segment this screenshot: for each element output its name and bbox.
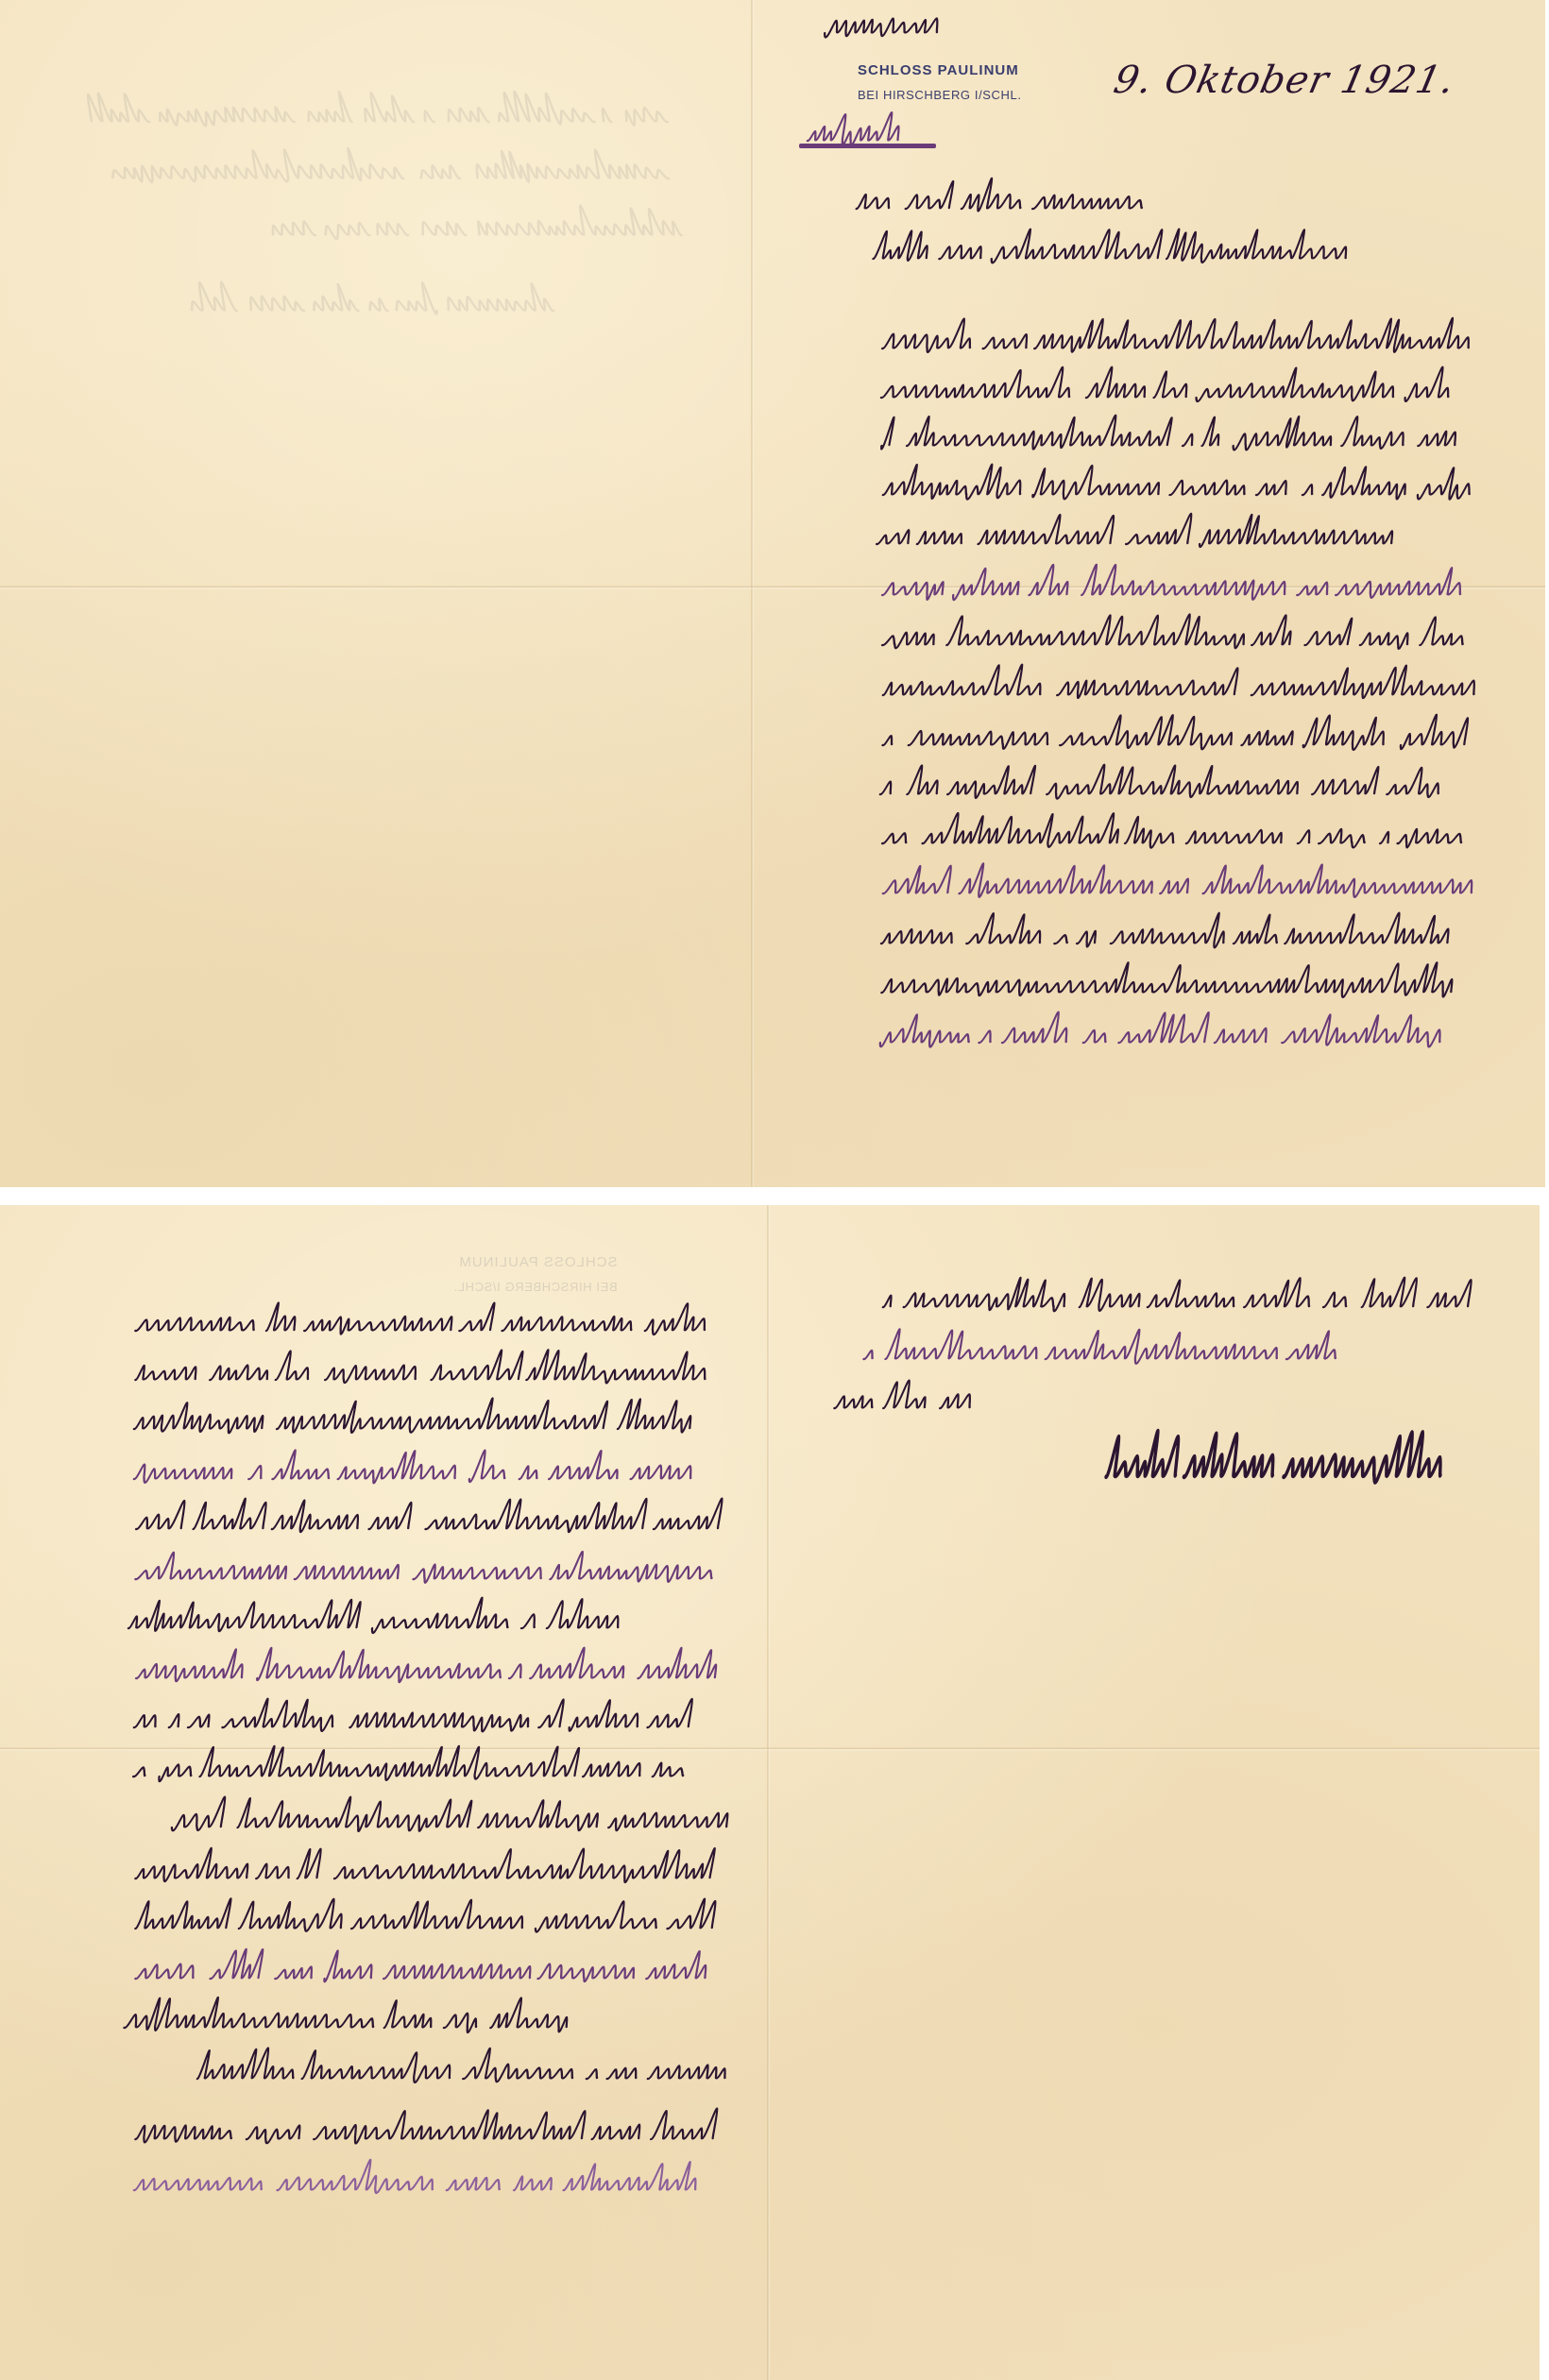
handwritten-line (831, 866, 1530, 909)
handwritten-annotation (814, 6, 956, 49)
annotation-underline (799, 144, 936, 148)
letterhead-line-1: SCHLOSS PAULINUM (858, 62, 1022, 78)
handwritten-line (85, 1502, 774, 1545)
handwritten-line (831, 965, 1511, 1009)
handwritten-line (831, 718, 1525, 761)
handwritten-line (85, 1700, 746, 1743)
handwritten-line (85, 1749, 737, 1793)
handwritten-line (831, 568, 1521, 611)
bleed-through-line (38, 94, 718, 138)
handwritten-line (831, 1280, 1530, 1323)
bleed-through-line (227, 208, 718, 251)
handwritten-line (831, 916, 1506, 960)
handwritten-line (831, 181, 1171, 225)
handwritten-line (822, 1381, 992, 1424)
vertical-fold-line (751, 0, 754, 1187)
handwritten-line (123, 1800, 784, 1844)
handwritten-line (85, 1851, 765, 1895)
handwritten-line (85, 1452, 746, 1495)
handwritten-line (85, 1352, 765, 1396)
handwritten-line (151, 2051, 774, 2095)
letter-date: 9. Oktober 1921. (1110, 59, 1458, 102)
handwritten-line (85, 2112, 765, 2155)
letterhead-line-2: BEI HIRSCHBERG I/SCHL. (858, 88, 1022, 102)
handwritten-line (85, 1951, 765, 1995)
handwritten-line (85, 1552, 765, 1595)
vertical-fold-line (767, 1205, 770, 2380)
handwritten-line (831, 816, 1521, 859)
handwritten-line (831, 1015, 1492, 1059)
handwritten-line (85, 2000, 614, 2044)
handwritten-line (831, 418, 1511, 462)
handwritten-line (85, 1601, 671, 1644)
handwritten-annotation (799, 113, 912, 157)
handwritten-line (831, 370, 1506, 414)
handwritten-line (85, 1651, 774, 1694)
bleed-through-line (151, 283, 586, 327)
top-spread: SCHLOSS PAULINUM BEI HIRSCHBERG I/SCHL. … (0, 0, 1545, 1187)
handwritten-line (85, 1901, 765, 1945)
signature-stroke (1077, 1436, 1473, 1501)
letterhead: SCHLOSS PAULINUM BEI HIRSCHBERG I/SCHL. (858, 62, 1022, 102)
handwritten-line (831, 467, 1530, 511)
bleed-through-line (57, 151, 718, 195)
handwritten-line (831, 231, 1398, 275)
handwritten-line (831, 321, 1521, 365)
handwritten-line (831, 668, 1530, 711)
mirror-letterhead-bleed: SCHLOSS PAULINUM BEI HIRSCHBERG I/SCHL. (453, 1254, 618, 1294)
handwritten-line (85, 1303, 765, 1347)
handwritten-line (831, 618, 1521, 661)
handwritten-line (85, 1402, 746, 1445)
handwritten-line (822, 1332, 1388, 1375)
handwritten-line (831, 517, 1445, 560)
handwritten-line (85, 2163, 746, 2206)
handwritten-line (831, 767, 1492, 810)
